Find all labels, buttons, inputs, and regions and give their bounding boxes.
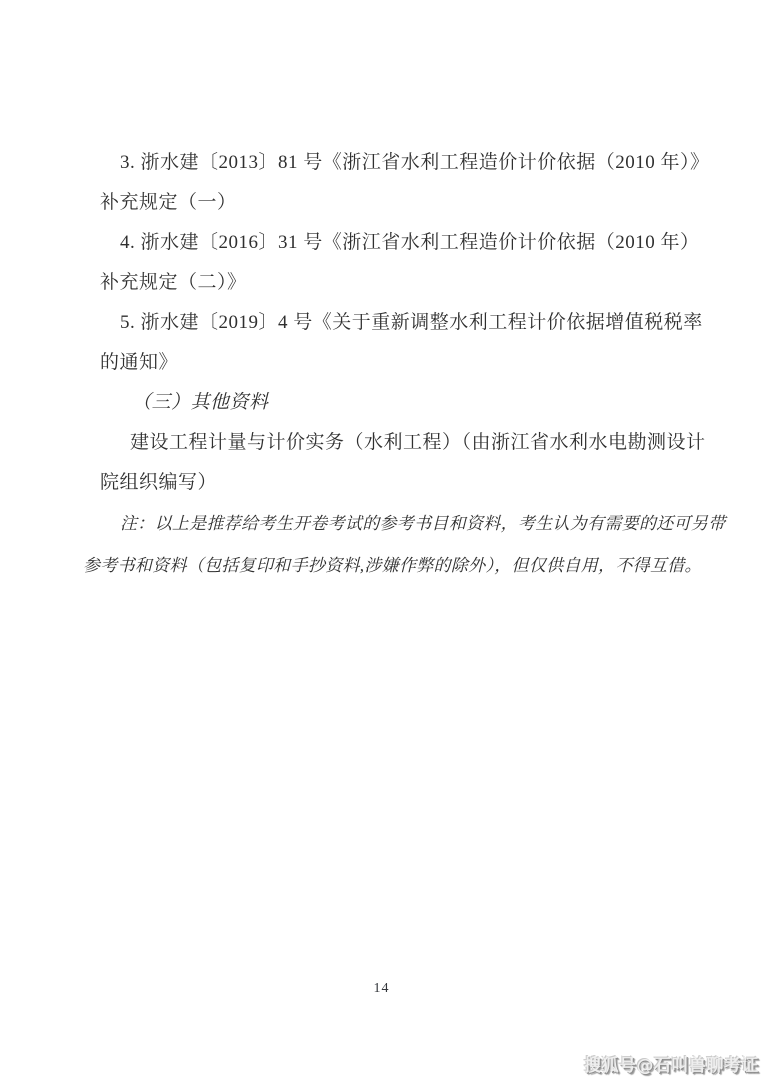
document-line: 的通知》	[100, 343, 700, 383]
document-line: 院组织编写）	[100, 463, 700, 503]
note-line: 注：以上是推荐给考生开卷考试的参考书目和资料，考生认为有需要的还可另带	[83, 503, 703, 545]
watermark: 搜狐号@石叫兽聊考证	[584, 1051, 759, 1076]
note-line: 参考书和资料（包括复印和手抄资料,涉嫌作弊的除外），但仅供自用，不得互借。	[83, 545, 703, 587]
note-block: 注：以上是推荐给考生开卷考试的参考书目和资料，考生认为有需要的还可另带 参考书和…	[83, 503, 703, 587]
section-heading: （三）其他资料	[100, 383, 700, 423]
document-line: 5. 浙水建〔2019〕4 号《关于重新调整水利工程计价依据增值税税率	[100, 303, 700, 343]
document-body: 3. 浙水建〔2013〕81 号《浙江省水利工程造价计价依据（2010 年）》 …	[100, 143, 700, 503]
document-page: 3. 浙水建〔2013〕81 号《浙江省水利工程造价计价依据（2010 年）》 …	[0, 0, 763, 1080]
document-line: 补充规定（二）》	[100, 263, 700, 303]
document-line: 4. 浙水建〔2016〕31 号《浙江省水利工程造价计价依据（2010 年）	[100, 223, 700, 263]
document-line: 建设工程计量与计价实务（水利工程）（由浙江省水利水电勘测设计	[100, 423, 700, 463]
page-number: 14	[0, 981, 763, 997]
document-line: 补充规定（一）	[100, 183, 700, 223]
document-line: 3. 浙水建〔2013〕81 号《浙江省水利工程造价计价依据（2010 年）》	[100, 143, 700, 183]
